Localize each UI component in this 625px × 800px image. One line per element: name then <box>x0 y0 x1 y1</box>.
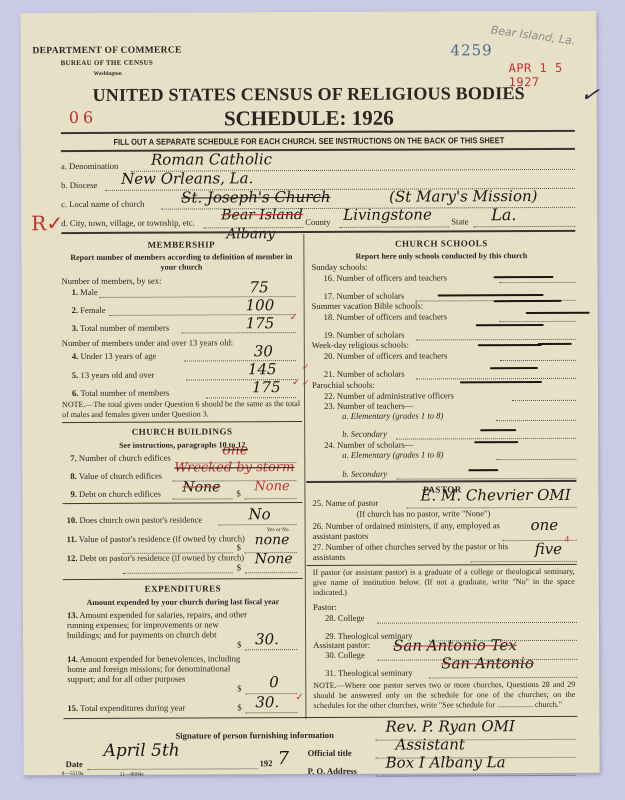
q24-label: 24. Number of scholars— <box>324 440 413 450</box>
q30-label: 30. College <box>325 650 365 660</box>
diocese-value[interactable]: New Orleans, La. <box>121 169 253 188</box>
members-by-sex-label: Number of members, by sex: <box>61 276 161 286</box>
q5-label: 5. 13 years old and over <box>72 370 155 380</box>
membership-intro: Report number of members according to de… <box>61 252 301 273</box>
q19-label: 19. Number of scholars <box>324 330 405 340</box>
date-label: Date <box>66 759 83 769</box>
q6-total-value[interactable]: 175 <box>252 378 281 396</box>
q15-label: 15. Total expenditures during year <box>67 703 185 714</box>
signature-label: Signature of person furnishing informati… <box>175 730 333 741</box>
po-address-value[interactable]: Box I Albany La <box>386 753 506 772</box>
q27-label: 27. Number of other churches served by t… <box>313 541 527 562</box>
city-label: d. City, town, village, or township, etc… <box>61 218 195 229</box>
q23a-label: a. Elementary (grades 1 to 8) <box>342 410 443 420</box>
q23-label: 23. Number of teachers— <box>324 401 413 411</box>
state-label: State <box>451 216 468 226</box>
q28-label: 28. College <box>325 613 365 623</box>
local-name-struck: St. Joseph's Church <box>181 188 330 207</box>
red-check-icon: ✓ <box>290 312 298 323</box>
q24a-label: a. Elementary (grades 1 to 8) <box>342 449 443 459</box>
po-address-label: P. O. Address <box>308 766 357 776</box>
dollar-sign: $ <box>237 542 241 552</box>
q27-red-correction: 4 <box>565 534 570 544</box>
year-prefix: 192 <box>260 758 273 768</box>
form-number: 8—5519a <box>62 771 84 777</box>
q10-label: 10. Does church own pastor's residence <box>67 514 203 525</box>
diocese-label: b. Diocese <box>61 180 97 190</box>
q12-value[interactable]: None <box>255 551 293 567</box>
q10-value[interactable]: No <box>248 505 270 523</box>
q7-value[interactable]: one <box>222 442 248 458</box>
q26-label: 26. Number of ordained ministers, if any… <box>313 520 527 541</box>
q12-label: 12. Debt on pastor's residence (if owned… <box>67 552 247 563</box>
dollar-sign: $ <box>237 702 241 712</box>
q31-label: 31. Theological seminary <box>325 668 412 678</box>
pencil-note: Bear Island, La. <box>490 23 576 47</box>
summer-schools-label: Summer vacation Bible schools: <box>312 301 424 311</box>
assistant-pastor-label: Assistant pastor: <box>313 640 370 650</box>
official-title-value[interactable]: Assistant <box>395 735 464 753</box>
q9-value[interactable]: None <box>182 479 220 495</box>
q24b-label: b. Secondary <box>342 469 387 479</box>
q30-value[interactable]: San Antonio Tex <box>393 636 517 655</box>
fill-out-instruction: FILL OUT A SEPARATE SCHEDULE FOR EACH CH… <box>55 135 562 147</box>
state-value[interactable]: La. <box>491 205 516 224</box>
q23b-label: b. Secondary <box>342 429 387 439</box>
official-title-label: Official title <box>308 748 352 758</box>
q16-label: 16. Number of officers and teachers <box>323 272 446 283</box>
department-label: DEPARTMENT OF COMMERCE <box>32 46 181 57</box>
q17-label: 17. Number of scholars <box>324 291 405 301</box>
q14-value[interactable]: 0 <box>269 673 279 691</box>
q3-total-value[interactable]: 175 <box>246 314 275 332</box>
red-check-icon: ✓ <box>302 362 310 373</box>
q25-label: 25. Name of pastor <box>312 498 378 508</box>
dollar-sign: $ <box>237 639 241 649</box>
red-check-icon: ✓ <box>292 377 300 388</box>
red-check-icon: ✓ <box>302 378 310 389</box>
local-name-value[interactable]: (St Mary's Mission) <box>389 187 537 206</box>
q4-under13-value[interactable]: 30 <box>254 342 273 360</box>
buildings-heading: CHURCH BUILDINGS <box>62 426 302 437</box>
date-value[interactable]: April 5th <box>104 741 180 761</box>
q1-male-value[interactable]: 75 <box>249 278 268 296</box>
q25-pastor-name[interactable]: E. M. Chevrier OMI <box>420 486 570 505</box>
q2-label: 2. Female <box>72 305 106 315</box>
q13-value[interactable]: 30. <box>255 630 279 648</box>
q11-label: 11. Value of pastor's residence (if owne… <box>67 533 247 544</box>
q7-label: 7. Number of church edifices <box>70 453 171 463</box>
red-check-icon: ✓ <box>295 692 303 703</box>
county-value[interactable]: Livingstone <box>343 205 432 223</box>
dollar-sign: $ <box>237 683 241 693</box>
denomination-label: a. Denomination <box>61 161 118 171</box>
q22-label: 22. Number of administrative officers <box>324 390 454 401</box>
q15-value[interactable]: 30. <box>255 693 279 711</box>
census-schedule-sheet: DEPARTMENT OF COMMERCE BUREAU OF THE CEN… <box>20 11 599 776</box>
county-label: County <box>305 217 330 227</box>
year-value[interactable]: 7 <box>278 748 290 769</box>
pastor-label: Pastor: <box>313 602 337 612</box>
red-review-mark: R✓ <box>31 211 63 235</box>
local-name-label: c. Local name of church <box>61 199 144 209</box>
form-subtitle: SCHEDULE: 1926 <box>21 105 597 133</box>
q9-label: 9. Debt on church edifices <box>70 489 161 499</box>
form-title: UNITED STATES CENSUS OF RELIGIOUS BODIES <box>21 83 597 107</box>
city-struck: Bear Island <box>221 207 303 223</box>
graduate-note: If pastor (or assistant pastor) is a gra… <box>313 567 575 598</box>
q5-over13-value[interactable]: 145 <box>248 360 277 378</box>
pastor-note: NOTE.—Where one pastor serves two or mor… <box>313 680 575 711</box>
q9-value-dollar[interactable]: None <box>254 479 289 494</box>
print-number: 11—9084c <box>120 772 144 778</box>
q4-label: 4. Under 13 years of age <box>72 351 157 361</box>
denomination-value[interactable]: Roman Catholic <box>151 150 272 169</box>
bureau-label: BUREAU OF THE CENSUS <box>61 59 154 67</box>
dollar-sign: $ <box>236 488 240 498</box>
signature-value[interactable]: Rev. P. Ryan OMI <box>385 717 515 736</box>
q20-label: 20. Number of officers and teachers <box>324 350 447 361</box>
schools-heading: CHURCH SCHOOLS <box>307 238 575 249</box>
dollar-sign: $ <box>237 562 241 572</box>
q11-value[interactable]: none <box>255 532 290 548</box>
schools-intro: Report here only schools conducted by th… <box>307 251 575 261</box>
serial-number: 4259 <box>450 41 492 59</box>
sunday-schools-label: Sunday schools: <box>311 262 367 272</box>
q25-hint: (If church has no pastor, write "None") <box>357 508 491 519</box>
q3-label: 3. Total number of members <box>72 323 169 333</box>
q31-value[interactable]: San Antonio <box>441 654 534 672</box>
expenditures-heading: EXPENDITURES <box>63 583 303 594</box>
expenditures-subheading: Amount expended by your church during la… <box>63 597 303 607</box>
q13-label: 13. Amount expended for salaries, repair… <box>67 609 247 640</box>
membership-note: NOTE.—The total given under Question 6 s… <box>62 399 300 420</box>
q8-label: 8. Value of church edifices <box>70 471 162 481</box>
membership-heading: MEMBERSHIP <box>61 239 301 250</box>
weekday-schools-label: Week-day religious schools: <box>312 340 409 350</box>
q21-label: 21. Number of scholars <box>324 369 405 379</box>
q27-value[interactable]: five <box>535 540 562 558</box>
buildings-subheading: See instructions, paragraphs 10 to 12 <box>62 440 302 450</box>
q6-label: 6. Total number of members <box>72 388 169 398</box>
q1-label: 1. Male <box>72 287 98 297</box>
q26-value[interactable]: one <box>531 516 559 534</box>
city-label: Washington <box>94 71 122 77</box>
q18-label: 18. Number of officers and teachers <box>324 311 447 322</box>
parochial-schools-label: Parochial schools: <box>312 380 375 390</box>
members-by-age-label: Number of members under and over 13 year… <box>62 337 233 348</box>
q14-label: 14. Amount expended for benevolences, in… <box>67 653 247 684</box>
q8-value[interactable]: Wrecked by storm <box>174 460 294 476</box>
q2-female-value[interactable]: 100 <box>246 296 275 314</box>
